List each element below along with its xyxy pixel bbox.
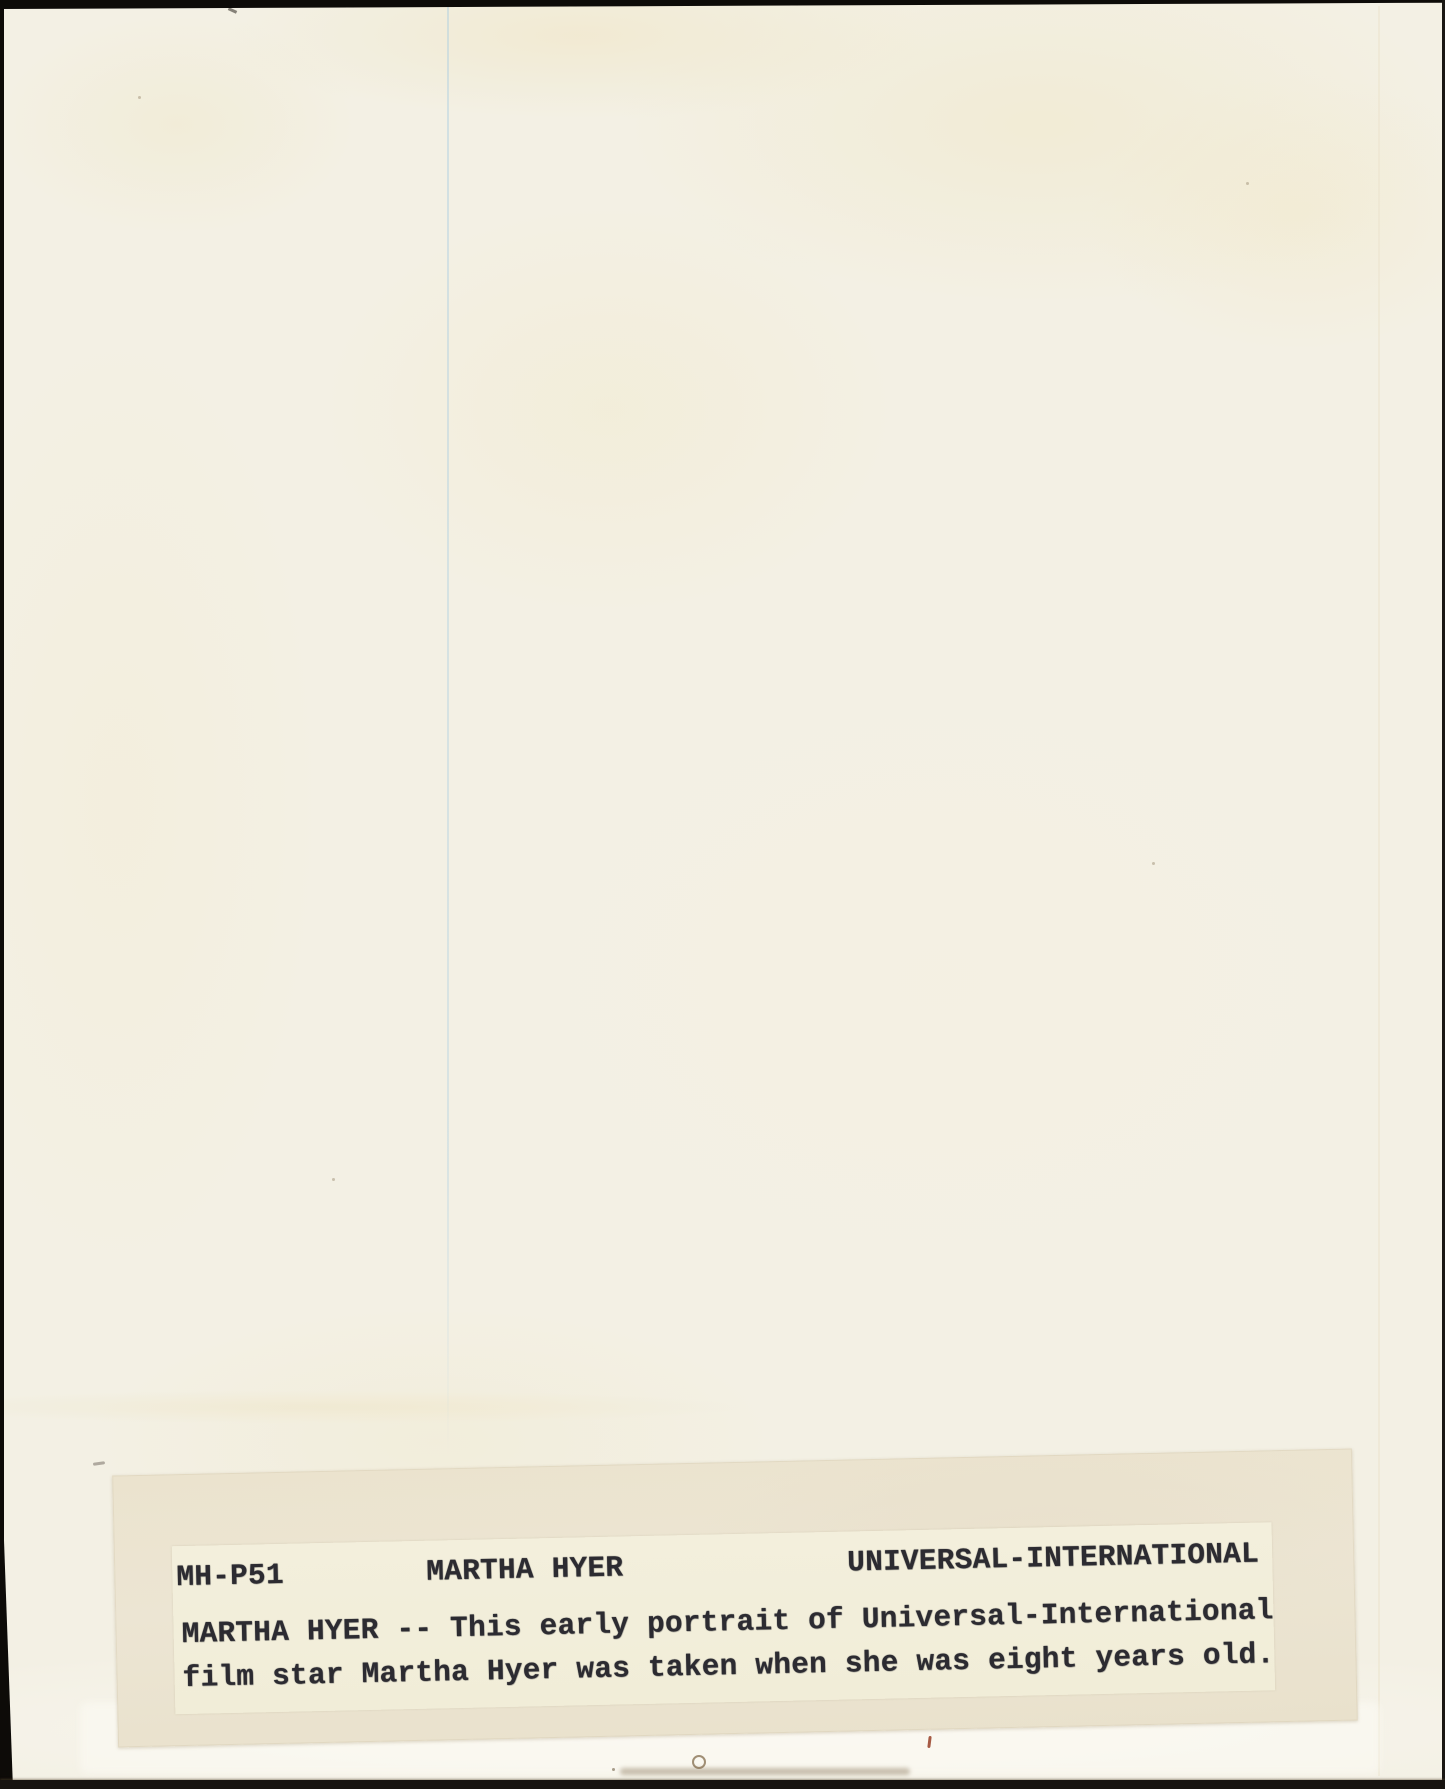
caption-photo-code: MH-P51	[176, 1558, 284, 1594]
caption-subject-name: MARTHA HYER	[426, 1550, 624, 1588]
scanned-photo-verso: MH-P51 MARTHA HYER UNIVERSAL-INTERNATION…	[0, 0, 1445, 1789]
dust-speck	[138, 96, 141, 99]
ring-smudge-mark	[692, 1755, 706, 1769]
dust-speck	[1152, 862, 1155, 865]
right-crease-line	[1378, 6, 1380, 1776]
dust-speck	[612, 1768, 615, 1771]
dust-speck	[1246, 182, 1249, 185]
caption-slip: MH-P51 MARTHA HYER UNIVERSAL-INTERNATION…	[112, 1449, 1358, 1748]
scanner-edge-bottom	[0, 1780, 1445, 1789]
dust-speck	[332, 1178, 335, 1181]
bottom-smudge	[620, 1768, 910, 1775]
vertical-crease-line	[447, 6, 449, 1458]
